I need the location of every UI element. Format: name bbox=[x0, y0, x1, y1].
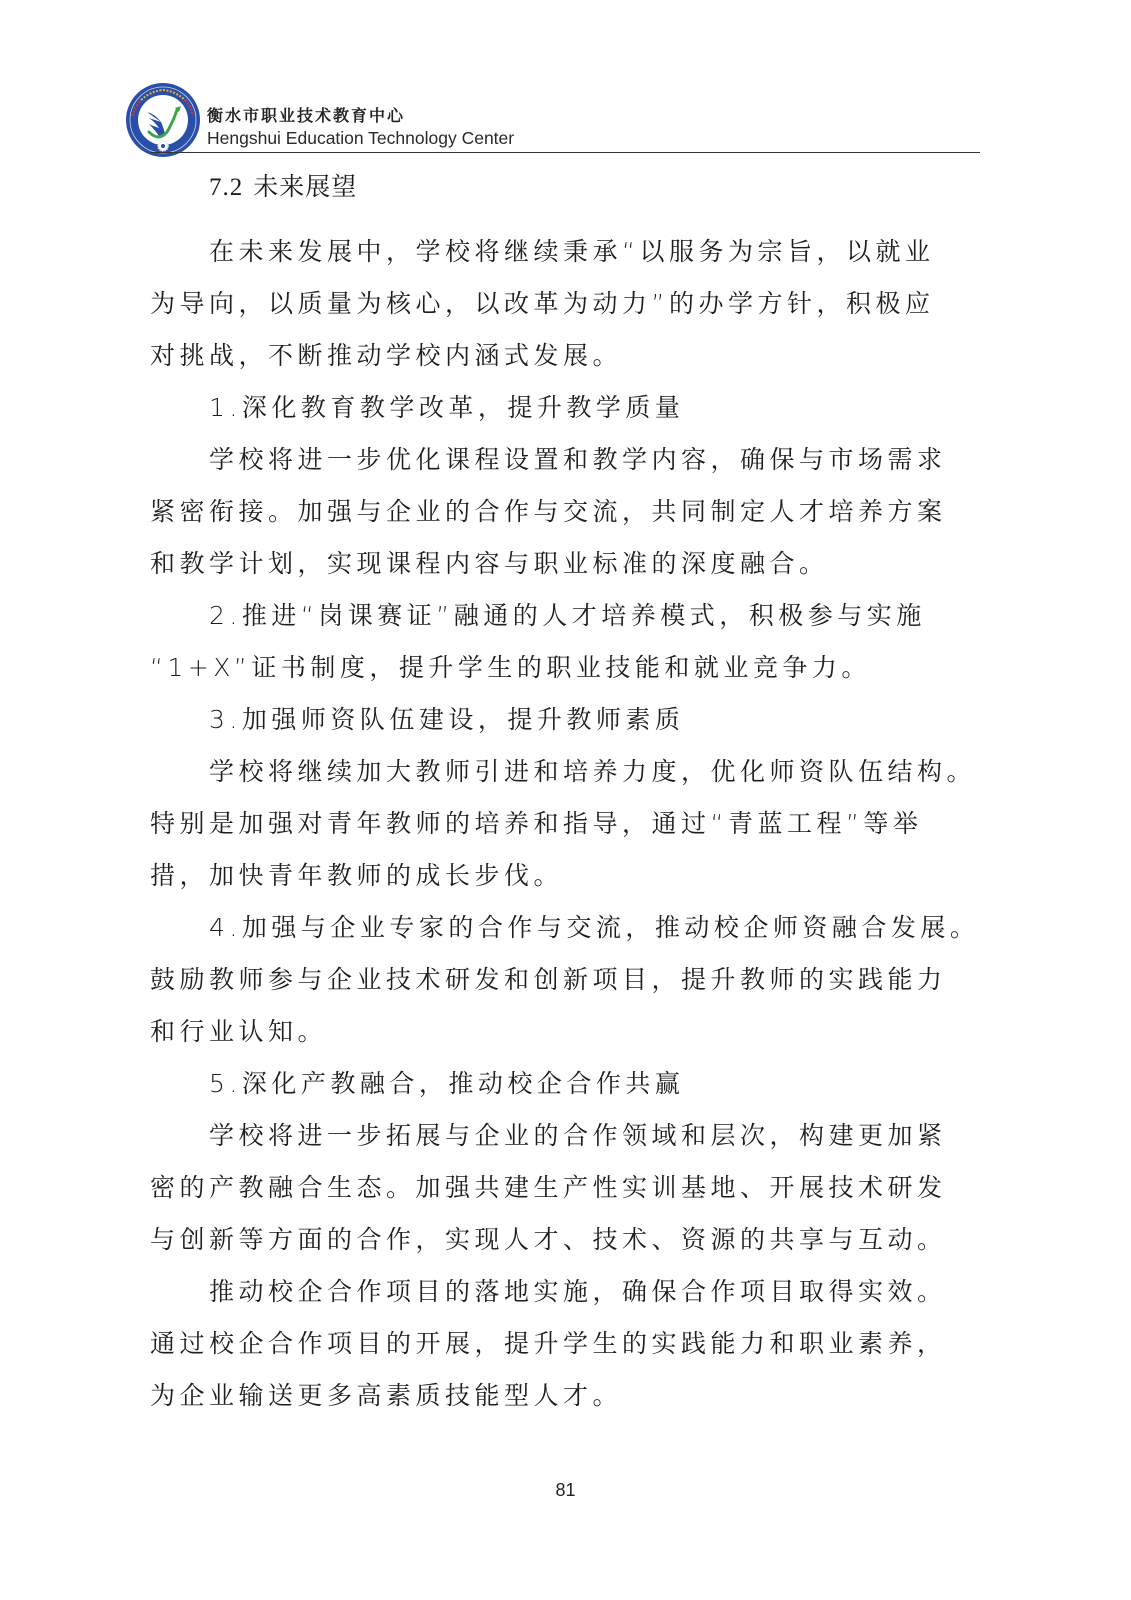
body-line: 为导向，以质量为核心，以改革为动力”的办学方针，积极应 bbox=[150, 278, 960, 330]
body-line: 推动校企合作项目的落地实施，确保合作项目取得实效。 bbox=[150, 1266, 960, 1318]
body-line: 3.加强师资队伍建设，提升教师素质 bbox=[150, 694, 960, 746]
body-line: 和教学计划，实现课程内容与职业标准的深度融合。 bbox=[150, 538, 960, 590]
body-line: 1.深化教育教学改革，提升教学质量 bbox=[150, 382, 960, 434]
section-number: 7.2 bbox=[209, 174, 243, 201]
document-page: 衡水市职业技术教育中心 Hengshui Education Technolog… bbox=[0, 0, 1131, 1600]
body-line: 通过校企合作项目的开展，提升学生的实践能力和职业素养， bbox=[150, 1318, 960, 1370]
header-institution-name-cn: 衡水市职业技术教育中心 bbox=[207, 103, 405, 126]
body-line: 5.深化产教融合，推动校企合作共赢 bbox=[150, 1058, 960, 1110]
body-line: 学校将进一步拓展与企业的合作领域和层次，构建更加紧 bbox=[150, 1110, 960, 1162]
body-line: 密的产教融合生态。加强共建生产性实训基地、开展技术研发 bbox=[150, 1162, 960, 1214]
body-line: 学校将进一步优化课程设置和教学内容，确保与市场需求 bbox=[150, 434, 960, 486]
body-line: 学校将继续加大教师引进和培养力度，优化师资队伍结构。 bbox=[150, 746, 960, 798]
body-line: 特别是加强对青年教师的培养和指导，通过“青蓝工程”等举 bbox=[150, 798, 960, 850]
body-line: 2.推进“岗课赛证”融通的人才培养模式，积极参与实施 bbox=[150, 590, 960, 642]
body-text: 在未来发展中，学校将继续秉承“以服务为宗旨，以就业为导向，以质量为核心，以改革为… bbox=[150, 226, 960, 1422]
page-number: 81 bbox=[0, 1480, 1131, 1501]
body-line: 与创新等方面的合作，实现人才、技术、资源的共享与互动。 bbox=[150, 1214, 960, 1266]
body-line: 为企业输送更多高素质技能型人才。 bbox=[150, 1370, 960, 1422]
body-line: 措，加快青年教师的成长步伐。 bbox=[150, 850, 960, 902]
body-line: 鼓励教师参与企业技术研发和创新项目，提升教师的实践能力 bbox=[150, 954, 960, 1006]
body-line: 和行业认知。 bbox=[150, 1006, 960, 1058]
section-heading: 7.2未来展望 bbox=[209, 167, 357, 203]
body-line: 4.加强与企业专家的合作与交流，推动校企师资融合发展。 bbox=[150, 902, 960, 954]
body-line: 在未来发展中，学校将继续秉承“以服务为宗旨，以就业 bbox=[150, 226, 960, 278]
school-emblem-icon bbox=[125, 82, 201, 158]
header-institution-name-en: Hengshui Education Technology Center bbox=[207, 128, 514, 149]
body-line: 对挑战，不断推动学校内涵式发展。 bbox=[150, 330, 960, 382]
body-line: 紧密衔接。加强与企业的合作与交流，共同制定人才培养方案 bbox=[150, 486, 960, 538]
header-divider bbox=[150, 152, 980, 153]
section-title: 未来展望 bbox=[253, 172, 357, 201]
body-line: “1+X”证书制度，提升学生的职业技能和就业竞争力。 bbox=[150, 642, 960, 694]
